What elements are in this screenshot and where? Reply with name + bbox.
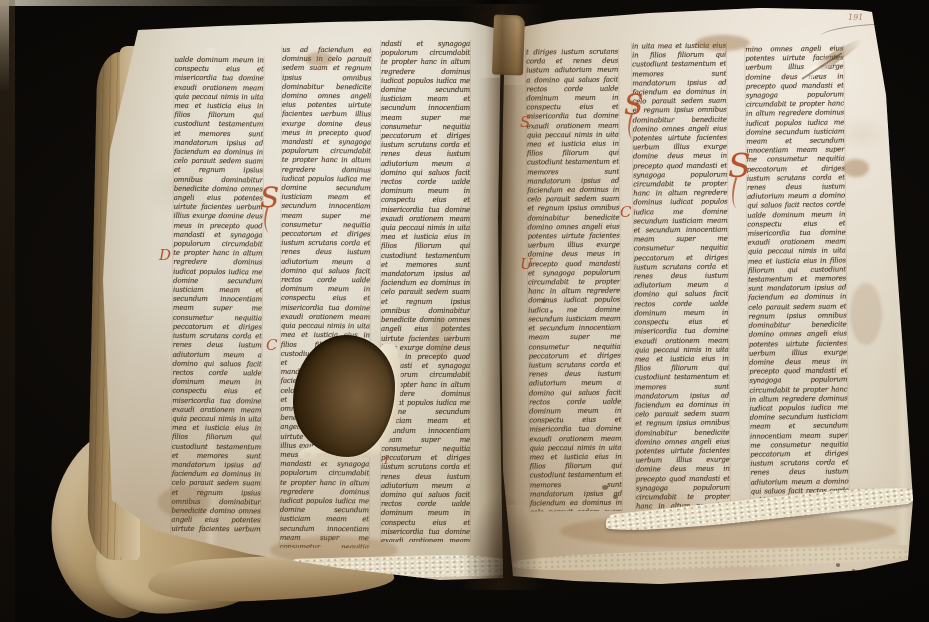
ink-speck <box>550 310 553 313</box>
rubric-initial: D <box>159 248 171 263</box>
rubric-initial: S <box>520 115 530 130</box>
rubric-initial: S <box>260 184 279 212</box>
photo-frame-top-edge <box>0 0 540 6</box>
manuscript-photo: ualde dominum meum in conspectu eius et … <box>0 0 929 622</box>
text-column-right-1: t diriges iustum scrutans corda et renes… <box>525 48 623 512</box>
ink-speck <box>542 299 546 303</box>
photo-left-edge-glow <box>0 0 15 622</box>
text-column-right-3: mino omnes angeli eius potentes uirtute … <box>744 44 850 504</box>
text-column-right-2: in uita mea et iusticia eius in filios f… <box>631 42 731 512</box>
spine-guard-tab <box>492 14 525 75</box>
text-column-left-2: us ad faciendum ea dominus in celo parau… <box>279 46 373 548</box>
folio-number: 191 <box>848 14 863 22</box>
right-page: t diriges iustum scrutans corda et renes… <box>498 5 926 590</box>
stain <box>850 283 882 345</box>
rubric-initial: S <box>728 149 751 182</box>
vertical-crease <box>896 45 910 545</box>
stain <box>158 486 212 518</box>
text-column-left-1: ualde dominum meum in conspectu eius et … <box>170 56 264 535</box>
stain <box>305 52 333 66</box>
stain <box>843 159 869 177</box>
ink-speck <box>836 563 840 567</box>
rubric-initial: C <box>620 205 631 220</box>
rubric-initial: C <box>266 338 277 353</box>
text-column-left-3: ndasti et synagoga populorum circumdabit… <box>380 40 471 542</box>
ink-speck <box>613 495 618 499</box>
rubric-initial: U <box>520 257 533 272</box>
stain <box>696 35 750 51</box>
gutter-side-discoloration <box>478 78 504 583</box>
rubric-initial: S <box>624 91 643 119</box>
ink-speck <box>852 569 855 572</box>
left-page: ualde dominum meum in conspectu eius et … <box>100 18 510 590</box>
stain <box>430 316 452 358</box>
rubric-initial: I <box>384 454 389 466</box>
ink-speck <box>602 485 608 490</box>
gutter-side-discoloration <box>498 85 528 505</box>
